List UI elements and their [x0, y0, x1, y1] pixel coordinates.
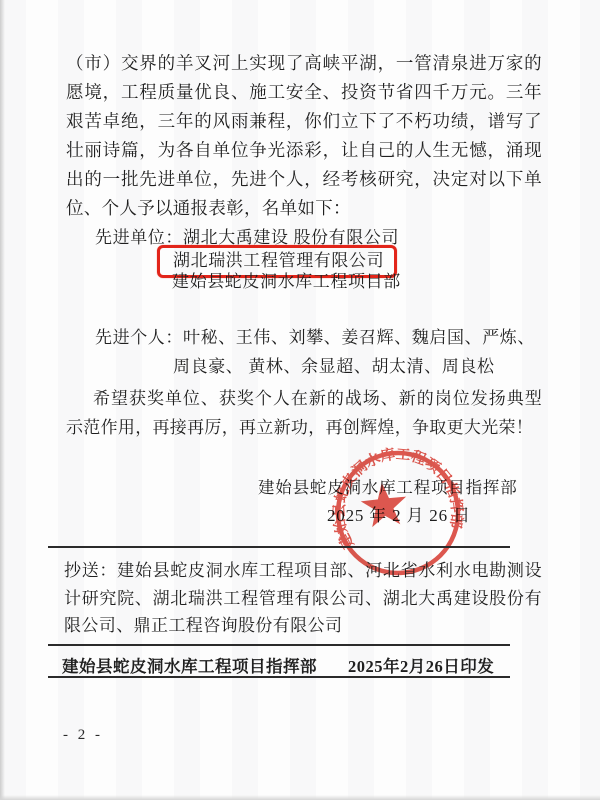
- seal-ring-text: 建始县蛇皮洞水库工程项目指挥部: [323, 438, 469, 552]
- document-page: （市）交界的羊叉河上实现了高峡平湖，一管清泉进万家的愿境，工程质量优良、施工安全…: [0, 0, 600, 800]
- separator-rule-top: [48, 546, 510, 548]
- cc-paragraph: 抄送：建始县蛇皮洞水库工程项目部、河北省水利水电勘测设计研究院、湖北瑞洪工程管理…: [64, 557, 542, 640]
- scan-edge: [0, 0, 5, 800]
- separator-rule-middle: [48, 644, 510, 646]
- separator-rule-bottom: [48, 676, 510, 678]
- star-icon: [359, 480, 409, 528]
- advanced-individuals-line-2: 周良豪、 黄林、余显超、胡太清、周良松: [173, 356, 495, 378]
- third-unit-name: 建始县蛇皮洞水库工程项目部: [172, 271, 401, 293]
- page-number: - 2 -: [63, 727, 103, 744]
- closing-paragraph: 希望获奖单位、获奖个人在新的战场、新的岗位发扬典型示范作用，再接再厉，再立新功，…: [66, 384, 542, 442]
- body-paragraph: （市）交界的羊叉河上实现了高峡平湖，一管清泉进万家的愿境，工程质量优良、施工安全…: [66, 49, 542, 223]
- footer-print-date: 2025年2月26日印发: [348, 653, 494, 677]
- footer-issuer: 建始县蛇皮洞水库工程项目指挥部: [62, 653, 317, 677]
- highlighted-unit-name: 湖北瑞洪工程管理有限公司: [173, 250, 384, 272]
- svg-text:建始县蛇皮洞水库工程项目指挥部: 建始县蛇皮洞水库工程项目指挥部: [323, 438, 469, 552]
- scan-edge-bottom: [0, 795, 600, 800]
- advanced-individuals-line-1: 先进个人：叶秘、王伟、刘攀、姜召辉、魏启国、严炼、: [95, 327, 535, 349]
